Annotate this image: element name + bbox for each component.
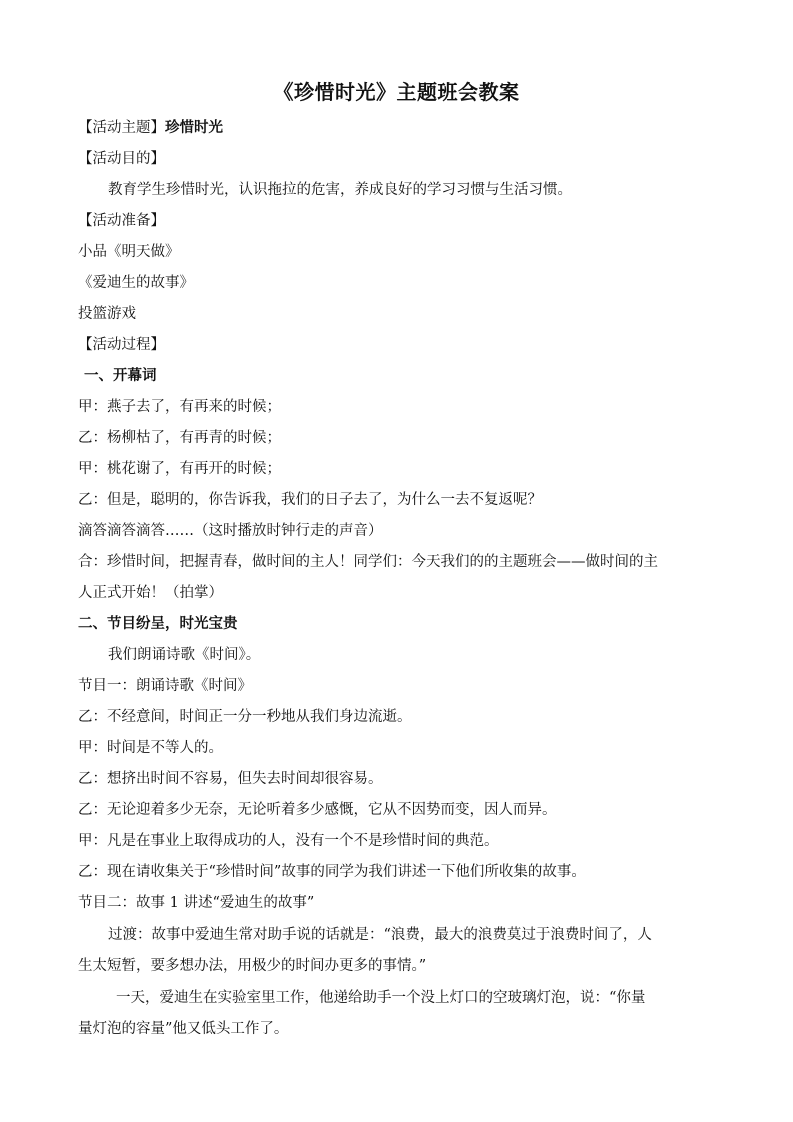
dialogue-line: 乙：现在请收集关于“珍惜时间”故事的同学为我们讲述一下他们所收集的故事。 [78,862,718,882]
dialogue-line: 乙：杨柳枯了，有再青的时候； [78,428,718,448]
dialogue-line: 人正式开始！（拍掌） [78,583,718,603]
transition-line: 生太短暂，要多想办法，用极少的时间办更多的事情。” [78,956,718,976]
story-line: 量灯泡的容量”他又低头工作了。 [78,1019,718,1039]
purpose-label: 【活动目的】 [78,149,718,169]
dialogue-line: 甲：时间是不等人的。 [78,738,718,758]
transition-line: 过渡：故事中爱迪生常对助手说的话就是：“浪费，最大的浪费莫过于浪费时间了，人 [108,925,748,945]
dialogue-line: 合：珍惜时间，把握青春，做时间的主人！同学们：今天我们的的主题班会——做时间的主 [78,552,718,572]
prep-item: 《爱迪生的故事》 [78,273,718,293]
dialogue-line: 滴答滴答滴答……（这时播放时钟行走的声音） [78,521,718,541]
dialogue-line: 甲：凡是在事业上取得成功的人，没有一个不是珍惜时间的典范。 [78,831,718,851]
dialogue-line: 甲：燕子去了，有再来的时候； [78,397,718,417]
page-title: 《珍惜时光》主题班会教案 [0,76,793,105]
process-label: 【活动过程】 [78,335,718,355]
dialogue-line: 乙：无论迎着多少无奈，无论听着多少感慨，它从不因势而变，因人而异。 [78,800,718,820]
dialogue-line: 乙：想挤出时间不容易，但失去时间却很容易。 [78,769,718,789]
program1-label: 节目一：朗诵诗歌《时间》 [78,676,718,696]
dialogue-line: 乙：不经意间，时间正一分一秒地从我们身边流逝。 [78,707,718,727]
program2-label: 节目二：故事 1 讲述“爱迪生的故事” [78,893,718,913]
purpose-text: 教育学生珍惜时光，认识拖拉的危害，养成良好的学习习惯与生活习惯。 [108,180,748,200]
section1-heading: 一、开幕词 [84,366,724,386]
prep-item: 投篮游戏 [78,304,718,324]
story-line: 一天，爱迪生在实验室里工作，他递给助手一个没上灯口的空玻璃灯泡，说：“你量 [116,988,756,1008]
section2-intro: 我们朗诵诗歌《时间》。 [108,645,748,665]
dialogue-line: 甲：桃花谢了，有再开的时候； [78,459,718,479]
prep-label: 【活动准备】 [78,211,718,231]
theme-line: 【活动主题】珍惜时光 [78,118,718,138]
dialogue-line: 乙：但是，聪明的，你告诉我，我们的日子去了，为什么一去不复返呢？ [78,490,718,510]
section2-heading: 二、节目纷呈，时光宝贵 [78,614,718,634]
theme-value: 珍惜时光 [165,120,223,136]
theme-label: 【活动主题】 [78,120,165,136]
prep-item: 小品《明天做》 [78,242,718,262]
document-page: 《珍惜时光》主题班会教案 【活动主题】珍惜时光 【活动目的】 教育学生珍惜时光，… [0,0,793,1122]
